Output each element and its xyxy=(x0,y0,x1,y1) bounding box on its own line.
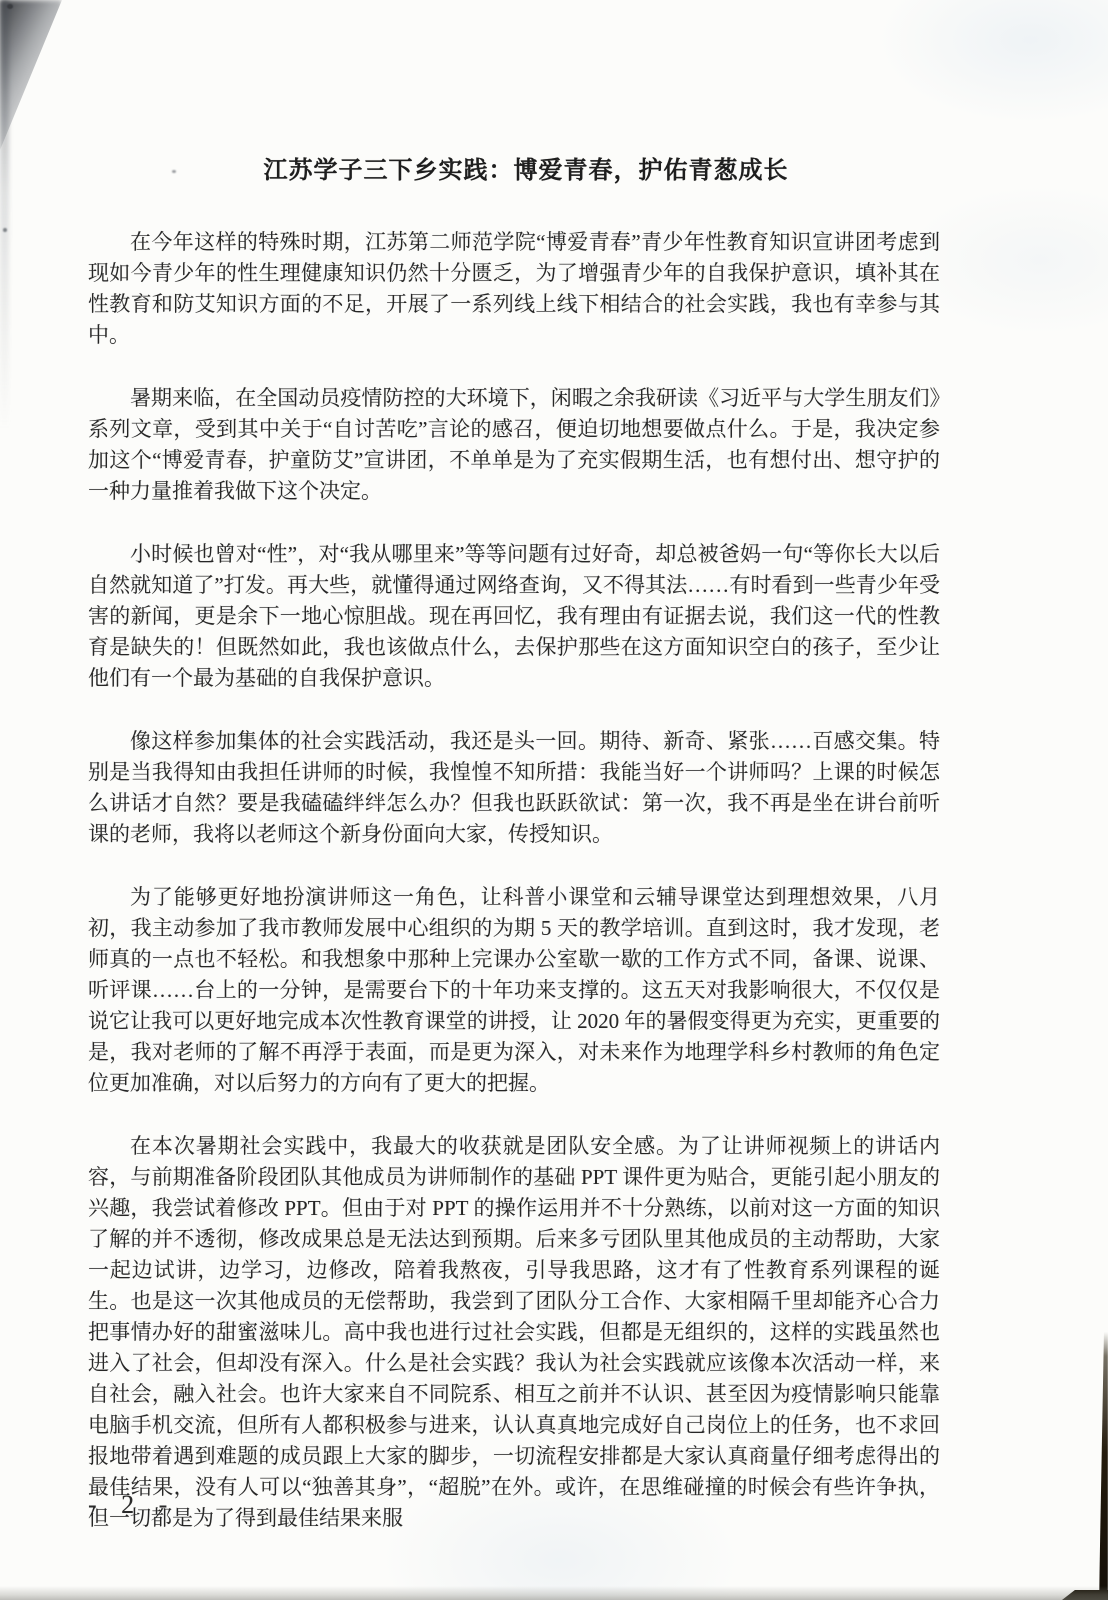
paragraph: 在本次暑期社会实践中，我最大的收获就是团队安全感。为了让讲师视频上的讲话内容，与… xyxy=(88,1131,940,1534)
paragraph: 暑期来临，在全国动员疫情防控的大环境下，闲暇之余我研读《习近平与大学生朋友们》系… xyxy=(88,383,940,507)
paragraph: 小时候也曾对“性”，对“我从哪里来”等等问题有过好奇，却总被爸妈一句“等你长大以… xyxy=(88,539,940,694)
document-title: 江苏学子三下乡实践：博爱青春，护佑青葱成长 xyxy=(112,157,940,185)
scanned-page: 江苏学子三下乡实践：博爱青春，护佑青葱成长 在今年这样的特殊时期，江苏第二师范学… xyxy=(0,0,1108,1600)
scan-right-edge-strip xyxy=(1099,1332,1108,1600)
paragraph-list: 在今年这样的特殊时期，江苏第二师范学院“博爱青春”青少年性教育知识宣讲团考虑到现… xyxy=(88,227,940,1534)
paragraph: 像这样参加集体的社会实践活动，我还是头一回。期待、新奇、紧张……百感交集。特别是… xyxy=(88,726,940,850)
scan-left-edge-shade xyxy=(0,0,9,430)
paragraph: 在今年这样的特殊时期，江苏第二师范学院“博爱青春”青少年性教育知识宣讲团考虑到现… xyxy=(88,227,940,351)
document-body: 江苏学子三下乡实践：博爱青春，护佑青葱成长 在今年这样的特殊时期，江苏第二师范学… xyxy=(88,0,940,1534)
scan-shadow-top-left-icon xyxy=(0,0,62,150)
scan-bottom-edge-shade xyxy=(0,1586,1108,1600)
page-number: - 2 - xyxy=(88,1490,176,1520)
paragraph: 为了能够更好地扮演讲师这一角色，让科普小课堂和云辅导课堂达到理想效果，八月初，我… xyxy=(88,882,940,1099)
